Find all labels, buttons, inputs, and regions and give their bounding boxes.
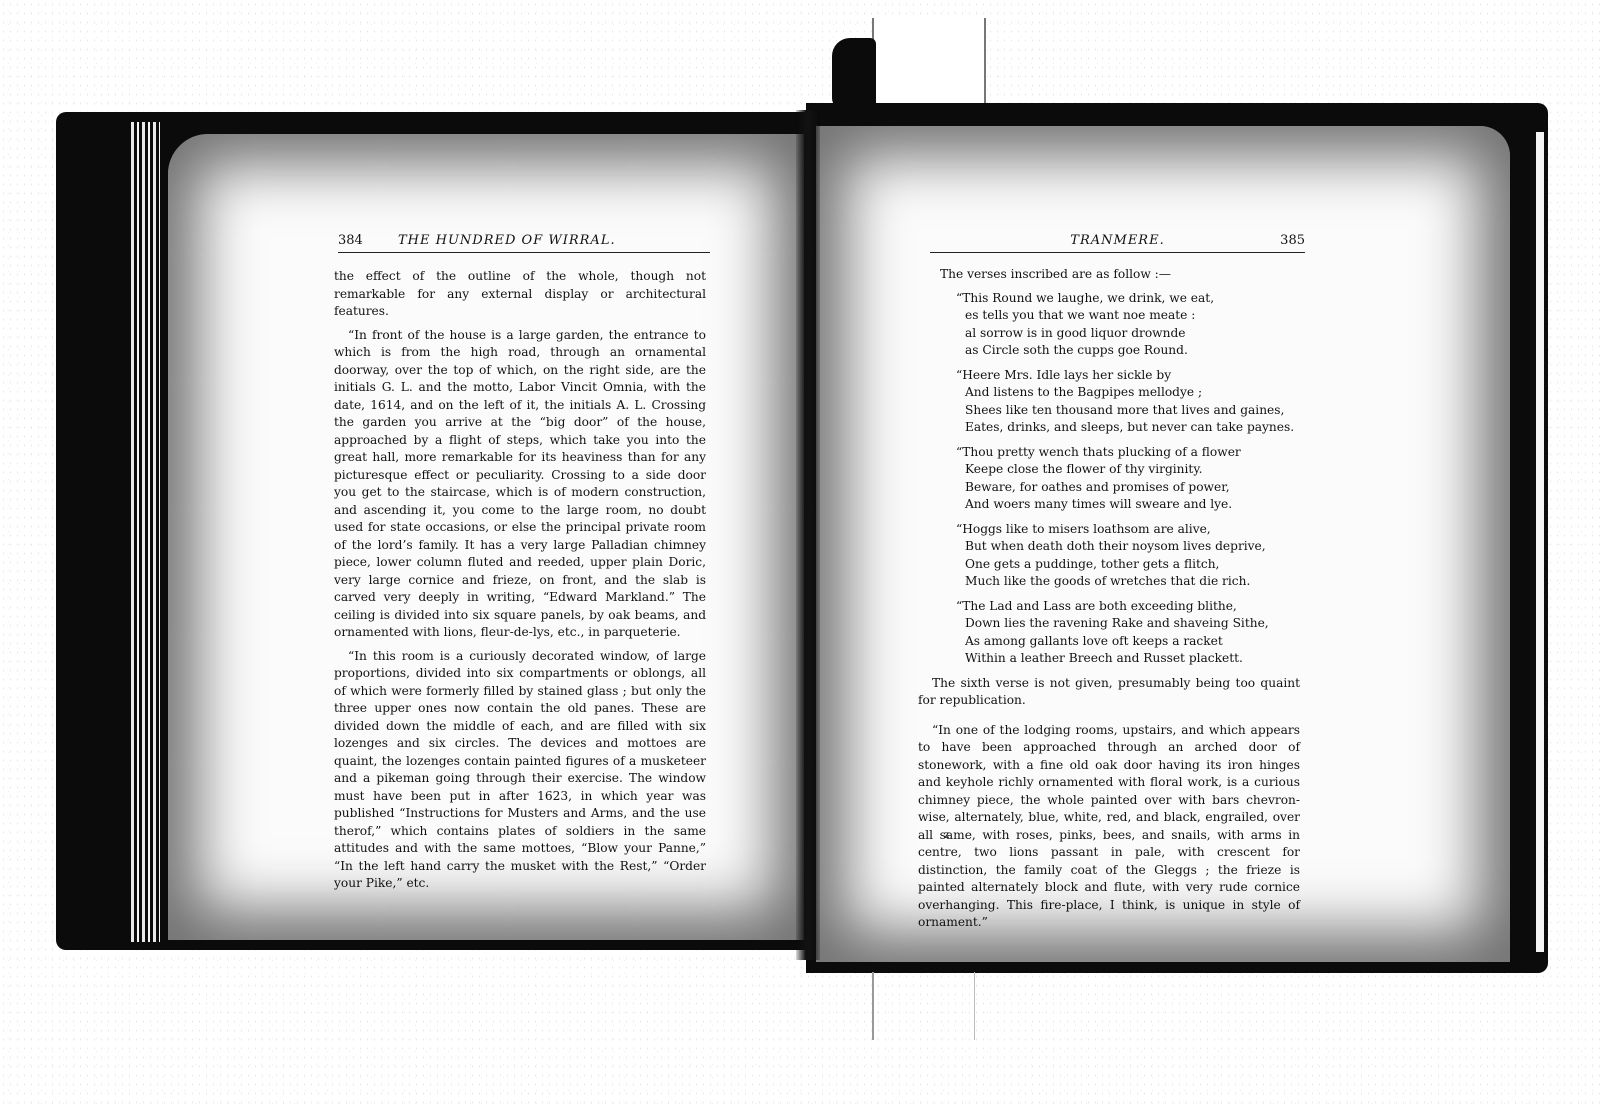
right-page-header: TRANMERE. 385 [930, 233, 1305, 253]
verse-line: es tells you that we want noe meate : [956, 307, 1300, 325]
verse-line: But when death doth their noysom lives d… [956, 538, 1300, 556]
verse-line: Eates, drinks, and sleeps, but never can… [956, 419, 1300, 437]
right-page-body: The verses inscribed are as follow :— “T… [918, 266, 1300, 938]
verse-stanza: “This Round we laughe, we drink, we eat,… [956, 290, 1300, 360]
verse-line: Much like the goods of wretches that die… [956, 573, 1300, 591]
bookmark-ribbon-bottom [872, 972, 975, 1040]
verse-stanza: “The Lad and Lass are both exceeding bli… [956, 598, 1300, 668]
verse-line: “Heere Mrs. Idle lays her sickle by [956, 367, 1300, 385]
verse-line: One gets a puddinge, tother gets a flitc… [956, 556, 1300, 574]
paragraph: “In front of the house is a large garden… [334, 327, 706, 642]
verse-line: As among gallants love oft keeps a racke… [956, 633, 1300, 651]
verse-line: And woers many times will sweare and lye… [956, 496, 1300, 514]
verse-stanza: “Thou pretty wench thats plucking of a f… [956, 444, 1300, 514]
paragraph: The sixth verse is not given, presumably… [918, 675, 1300, 710]
verse-line: Keepe close the flower of thy virginity. [956, 461, 1300, 479]
verse-line: Within a leather Breech and Russet plack… [956, 650, 1300, 668]
verse-line: Shees like ten thousand more that lives … [956, 402, 1300, 420]
paragraph: the effect of the outline of the whole, … [334, 268, 706, 321]
left-page-body: the effect of the outline of the whole, … [334, 268, 706, 899]
running-title-left: THE HUNDRED OF WIRRAL. [398, 233, 616, 248]
verse-stanza: “Heere Mrs. Idle lays her sickle by And … [956, 367, 1300, 437]
paragraph: “In one of the lodging rooms, upstairs, … [918, 722, 1300, 932]
left-page-header: 384 THE HUNDRED OF WIRRAL. [338, 233, 710, 253]
page-number-left: 384 [338, 233, 398, 248]
verse-line: Down lies the ravening Rake and shaveing… [956, 615, 1300, 633]
verse-line: “Hoggs like to misers loathsom are alive… [956, 521, 1300, 539]
verse-line: as Circle soth the cupps goe Round. [956, 342, 1300, 360]
verse-line: “Thou pretty wench thats plucking of a f… [956, 444, 1300, 462]
bookmark-shadow [832, 38, 876, 110]
verse-line: “This Round we laughe, we drink, we eat, [956, 290, 1300, 308]
verse-stanza: “Hoggs like to misers loathsom are alive… [956, 521, 1300, 591]
verses-intro: The verses inscribed are as follow :— [940, 266, 1300, 284]
signature-mark: z [944, 830, 949, 841]
verse-line: “The Lad and Lass are both exceeding bli… [956, 598, 1300, 616]
page-edges-left [128, 122, 160, 942]
verse-line: Beware, for oathes and promises of power… [956, 479, 1300, 497]
book-gutter [796, 110, 820, 960]
bookmark-ribbon-top [872, 18, 986, 106]
running-title-right: TRANMERE. [930, 233, 1265, 248]
verse-line: And listens to the Bagpipes mellodye ; [956, 384, 1300, 402]
verse-line: al sorrow is in good liquor drownde [956, 325, 1300, 343]
paragraph: “In this room is a curiously decorated w… [334, 648, 706, 893]
page-number-right: 385 [1265, 233, 1305, 248]
page-edges-right [1532, 132, 1548, 952]
